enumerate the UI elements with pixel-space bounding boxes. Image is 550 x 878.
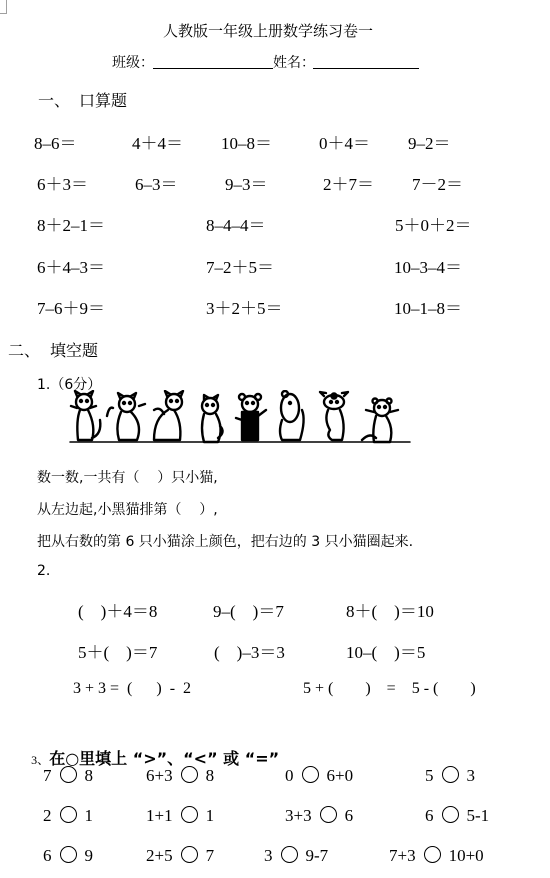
- compare-item: 7+310+0: [389, 846, 484, 866]
- class-blank-line[interactable]: [153, 68, 273, 69]
- cat-icon: [154, 391, 183, 440]
- calc-item: 8＋2–1＝: [37, 211, 105, 236]
- compare-item: 53: [425, 766, 475, 786]
- calc-item: 10–8＝: [221, 129, 272, 154]
- calc-item: 0＋4＝: [319, 129, 370, 154]
- answer-circle[interactable]: [320, 806, 337, 823]
- calc-item: 9–2＝: [408, 129, 451, 154]
- calc-item: 7–6＋9＝: [37, 294, 105, 319]
- class-label: 班级：: [112, 52, 154, 72]
- page-corner-mark: [0, 0, 7, 14]
- calc-item: 7–2＋5＝: [206, 253, 274, 278]
- answer-circle[interactable]: [424, 846, 441, 863]
- calc-item: 8–6＝: [34, 129, 77, 154]
- fill-blank-item: ( )＋4＝8: [78, 597, 157, 622]
- calc-item: 6＋3＝: [37, 170, 88, 195]
- q3-number: 3、: [31, 753, 49, 767]
- calc-item: 7－2＝: [412, 170, 463, 195]
- calc-item: 6–3＝: [135, 170, 178, 195]
- compare-item: 65-1: [425, 806, 489, 826]
- cat-icon: [320, 392, 348, 440]
- calc-item: 3＋2＋5＝: [206, 294, 283, 319]
- answer-circle[interactable]: [181, 846, 198, 863]
- cat-icon: [280, 391, 304, 440]
- answer-circle[interactable]: [60, 846, 77, 863]
- answer-circle[interactable]: [181, 766, 198, 783]
- answer-circle[interactable]: [442, 806, 459, 823]
- calc-item: 5＋0＋2＝: [395, 211, 472, 236]
- answer-circle[interactable]: [60, 806, 77, 823]
- compare-item: 21: [43, 806, 93, 826]
- black-cat-icon: [236, 394, 266, 440]
- q1-line1: 数一数,一共有（ ）只小猫,: [37, 467, 218, 487]
- section2-heading: 填空题: [50, 338, 98, 361]
- answer-circle[interactable]: [281, 846, 298, 863]
- name-label: 姓名：: [273, 52, 315, 72]
- calc-item: 10–3–4＝: [394, 253, 462, 278]
- q2-label: 2.: [37, 563, 50, 579]
- fill-blank-item: 8＋( )＝10: [346, 597, 434, 622]
- name-blank-line[interactable]: [313, 68, 419, 69]
- compare-item: 2+57: [146, 846, 214, 866]
- compare-item: 3+36: [285, 806, 353, 826]
- answer-circle[interactable]: [302, 766, 319, 783]
- compare-item: 39-7: [264, 846, 328, 866]
- fill-blank-item: 9–( )＝7: [213, 597, 284, 622]
- q3-heading: 3、在○里填上 “>”、“<” 或 “=”: [21, 727, 279, 769]
- calc-item: 6＋4–3＝: [37, 253, 105, 278]
- fill-blank-item: 5＋( )＝7: [78, 638, 157, 663]
- q1-line2: 从左边起,小黑猫排第（ ）,: [37, 499, 218, 519]
- fill-blank-item: 10–( )＝5: [346, 638, 425, 663]
- compare-item: 78: [43, 766, 93, 786]
- cat-icon: [362, 399, 398, 443]
- fill-blank-item: ( )–3＝3: [214, 638, 285, 663]
- cat-icon: [71, 391, 100, 440]
- section2-number: 二、: [8, 338, 40, 361]
- compare-item: 1+11: [146, 806, 214, 826]
- compare-item: 69: [43, 846, 93, 866]
- calc-item: 10–1–8＝: [394, 294, 462, 319]
- answer-circle[interactable]: [60, 766, 77, 783]
- section1-heading: 口算题: [79, 88, 127, 111]
- q1-line3: 把从右数的第 6 只小猫涂上颜色，把右边的 3 只小猫圈起来.: [37, 531, 413, 551]
- cat-icon: [107, 393, 145, 440]
- document-title: 人教版一年级上册数学练习卷一: [163, 20, 373, 41]
- answer-circle[interactable]: [442, 766, 459, 783]
- cats-illustration: [66, 390, 416, 448]
- cat-icon: [202, 395, 223, 442]
- fill-blank-item: 3 + 3 = ( ) - 2: [73, 680, 191, 698]
- calc-item: 4＋4＝: [132, 129, 183, 154]
- calc-item: 2＋7＝: [323, 170, 374, 195]
- answer-circle[interactable]: [181, 806, 198, 823]
- fill-blank-item: 5 + ( ) = 5 - ( ): [303, 680, 476, 698]
- section1-number: 一、: [38, 88, 70, 111]
- compare-item: 6+38: [146, 766, 214, 786]
- compare-item: 06+0: [285, 766, 353, 786]
- calc-item: 8–4–4＝: [206, 211, 266, 236]
- calc-item: 9–3＝: [225, 170, 268, 195]
